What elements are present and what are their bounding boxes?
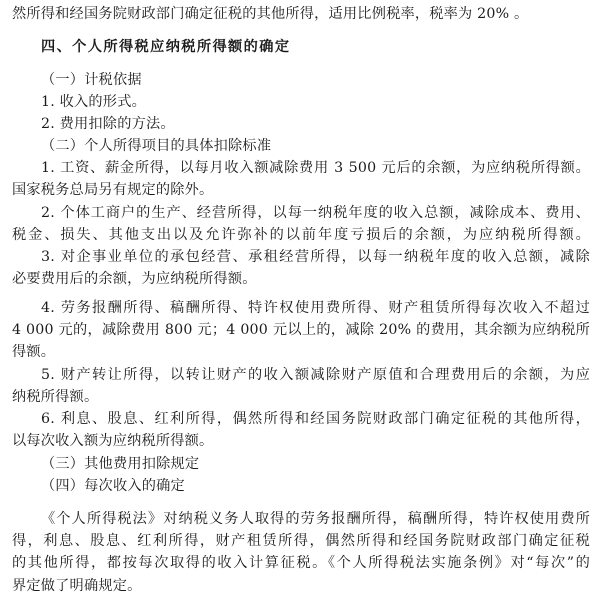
text-line: 3. 对企事业单位的承包经营、承租经营所得，以每一纳税年度的收入总额，减除 xyxy=(41,246,590,268)
text-line: 2. 费用扣除的方法。 xyxy=(41,113,590,135)
text-line: 5. 财产转让所得，以转让财产的收入额减除财产原值和合理费用后的余额，为应 xyxy=(41,364,590,386)
text-line: 以每次收入额为应纳税所得额。 xyxy=(12,430,590,452)
text-line: （一）计税依据 xyxy=(41,69,590,91)
text-line: （三）其他费用扣除规定 xyxy=(41,453,590,475)
text-line: 然所得和经国务院财政部门确定征税的其他所得，适用比例税率，税率为 20% 。 xyxy=(12,3,590,25)
text-line: 6. 利息、股息、红利所得，偶然所得和经国务院财政部门确定征税的其他所得， xyxy=(41,408,590,430)
text-line: 国家税务总局另有规定的除外。 xyxy=(12,179,590,201)
text-line: （四）每次收入的确定 xyxy=(41,475,590,497)
text-line: 税金、损失、其他支出以及允许弥补的以前年度亏损后的余额，为应纳税所得额。 xyxy=(12,224,590,246)
text-line: （二）个人所得项目的具体扣除标准 xyxy=(41,135,590,157)
text-line: 4. 劳务报酬所得、稿酬所得、特许权使用费所得、财产租赁所得每次收入不超过 xyxy=(41,297,590,319)
text-line: 得额。 xyxy=(12,341,590,363)
text-line: 1. 工资、薪金所得，以每月收入额减除费用 3 500 元后的余额，为应纳税所得… xyxy=(41,157,590,179)
text-line: 纳税所得额。 xyxy=(12,386,590,408)
text-line: 界定做了明确规定。 xyxy=(12,575,590,597)
text-line: 得，利息、股息、红利所得，财产租赁所得，偶然所得和经国务院财政部门确定征税 xyxy=(12,530,590,552)
text-line: 《个人所得税法》对纳税义务人取得的劳务报酬所得，稿酬所得，特许权使用费所 xyxy=(41,508,590,530)
text-line: 必要费用后的余额，为应纳税所得额。 xyxy=(12,268,590,290)
text-line: 的其他所得，都按每次取得的收入计算征税。《个人所得税法实施条例》对“每次”的 xyxy=(12,552,590,574)
section-heading: 四、个人所得税应纳税所得额的确定 xyxy=(41,36,590,58)
text-line: 2. 个体工商户的生产、经营所得，以每一纳税年度的收入总额，减除成本、费用、 xyxy=(41,202,590,224)
text-line: 1. 收入的形式。 xyxy=(41,91,590,113)
text-line: 4 000 元的，减除费用 800 元；4 000 元以上的，减除 20% 的费… xyxy=(12,319,590,341)
